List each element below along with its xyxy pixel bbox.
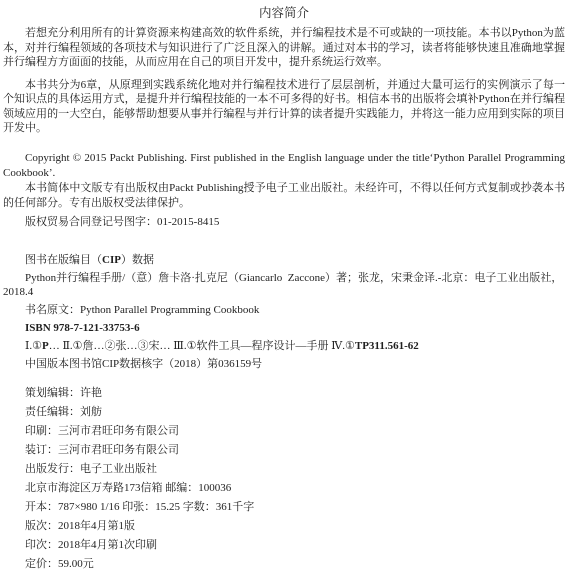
copyright-english-notice: Copyright © 2015 Packt Publishing. First… — [3, 151, 565, 181]
publication-line-printer: 印刷：三河市君旺印务有限公司 — [3, 424, 565, 438]
cip-catalog-entry: Python并行编程手册/（意）詹卡洛·扎克尼（Giancarlo Zaccon… — [3, 271, 565, 299]
publication-line-edition: 版次：2018年4月第1版 — [3, 519, 565, 533]
page-title: 内容简介 — [3, 5, 565, 21]
cip-classification: Ⅰ.①P… Ⅱ.①詹…②张…③宋… Ⅲ.①软件工具—程序设计—手册 Ⅳ.①TP3… — [3, 339, 565, 353]
cip-heading-bold: CIP — [102, 254, 121, 266]
publication-line-planning-editor: 策划编辑：许艳 — [3, 386, 565, 400]
copyright-chinese-notice: 本书简体中文版专有出版权由Packt Publishing授予电子工业出版社。未… — [3, 181, 565, 211]
copyright-section: Copyright © 2015 Packt Publishing. First… — [3, 151, 565, 230]
content-summary-section: 若想充分利用所有的计算资源来构建高效的软件系统，并行编程技术是不可或缺的一项技能… — [3, 26, 565, 136]
cip-heading: 图书在版编目（CIP）数据 — [3, 253, 565, 267]
publication-info-section: 策划编辑：许艳 责任编辑：刘舫 印刷：三河市君旺印务有限公司 装订：三河市君旺印… — [3, 386, 565, 571]
cip-isbn: ISBN 978-7-121-33753-6 — [3, 321, 565, 335]
publication-line-publisher: 出版发行：电子工业出版社 — [3, 462, 565, 476]
cip-heading-prefix: 图书在版编目（ — [25, 254, 102, 266]
intro-paragraph-1: 若想充分利用所有的计算资源来构建高效的软件系统，并行编程技术是不可或缺的一项技能… — [3, 26, 565, 70]
cip-classification-part2: … Ⅱ.①詹…②张…③宋… Ⅲ.①软件工具—程序设计—手册 Ⅳ.① — [49, 340, 355, 352]
cip-data-section: 图书在版编目（CIP）数据 Python并行编程手册/（意）詹卡洛·扎克尼（Gi… — [3, 253, 565, 371]
cip-heading-suffix: ）数据 — [121, 254, 154, 266]
cip-original-title: 书名原文：Python Parallel Programming Cookboo… — [3, 303, 565, 317]
publication-line-price: 定价：59.00元 — [3, 557, 565, 571]
publication-line-binder: 装订：三河市君旺印务有限公司 — [3, 443, 565, 457]
publication-line-responsible-editor: 责任编辑：刘舫 — [3, 405, 565, 419]
book-copyright-page: 内容简介 若想充分利用所有的计算资源来构建高效的软件系统，并行编程技术是不可或缺… — [0, 0, 568, 587]
cip-classification-bold2: TP311.561-62 — [355, 340, 419, 352]
publication-line-format: 开本：787×980 1/16 印张：15.25 字数：361千字 — [3, 500, 565, 514]
cip-classification-part1: Ⅰ.① — [25, 340, 42, 352]
cip-record-number: 中国版本图书馆CIP数据核字（2018）第036159号 — [3, 357, 565, 371]
copyright-registration-number: 版权贸易合同登记号图字：01-2015-8415 — [3, 215, 565, 230]
cip-classification-bold1: P — [42, 340, 49, 352]
publication-line-printing: 印次：2018年4月第1次印刷 — [3, 538, 565, 552]
publication-line-address: 北京市海淀区万寿路173信箱 邮编：100036 — [3, 481, 565, 495]
intro-paragraph-2: 本书共分为6章，从原理到实践系统化地对并行编程技术进行了层层剖析，并通过大量可运… — [3, 78, 565, 136]
